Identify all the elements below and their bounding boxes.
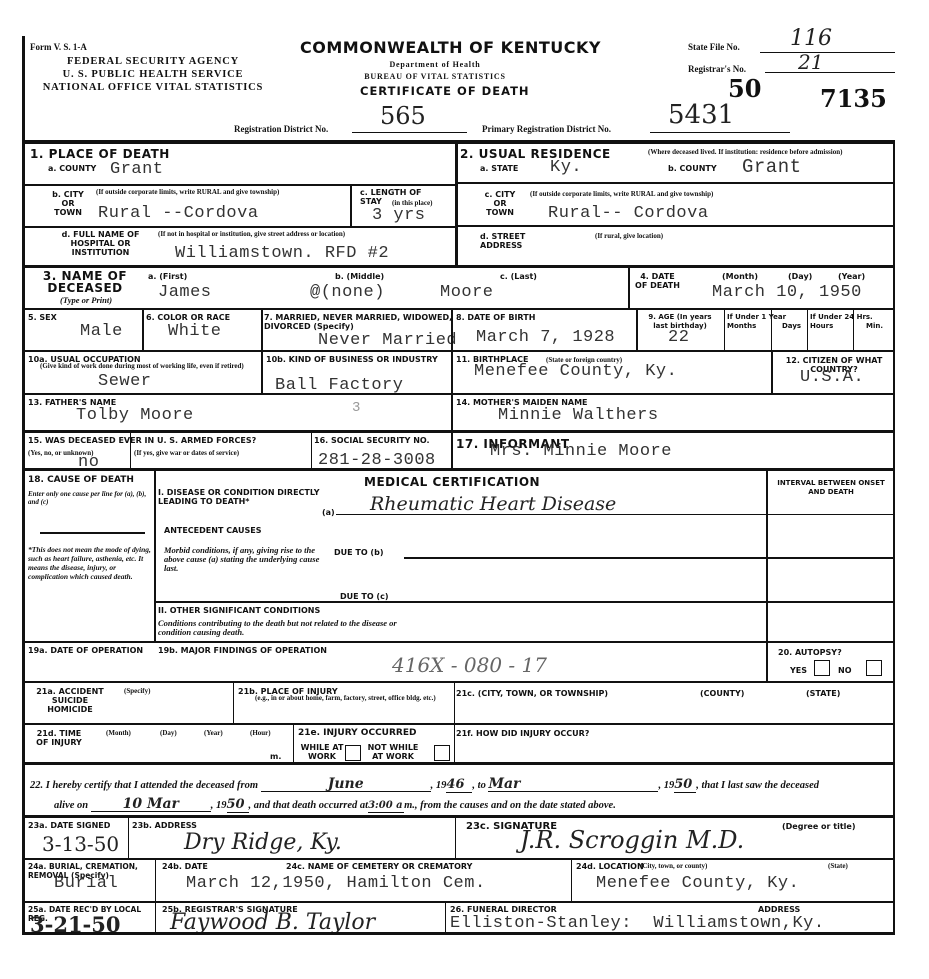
time-year-label: (Year)	[204, 729, 223, 737]
res-county-label: b. COUNTY	[668, 164, 717, 173]
divider	[445, 902, 446, 933]
birthplace-value: Menefee County, Ky.	[474, 362, 677, 381]
divider	[24, 762, 895, 765]
occupation-note: (Give kind of work done during most of w…	[40, 362, 255, 370]
antecedent-label: ANTECEDENT CAUSES	[164, 526, 262, 535]
time-m-label: m.	[270, 752, 281, 761]
divider	[451, 351, 453, 393]
not-while-at-work-label: NOT WHILE AT WORK	[362, 743, 424, 761]
physician-signature: J.R. Scroggin M.D.	[520, 826, 744, 854]
accident-specify: (Specify)	[124, 687, 150, 695]
burial-type-value: Burial	[54, 874, 118, 893]
attended-from-month: June	[261, 777, 431, 792]
armed-label: 15. WAS DECEASED EVER IN U. S. ARMED FOR…	[28, 436, 318, 445]
divider	[766, 514, 893, 515]
divider	[24, 681, 895, 683]
certificate-number: 7135	[820, 84, 887, 113]
armed-note-2: (If yes, give war or dates of service)	[134, 449, 239, 457]
cert-text: alive on	[54, 800, 88, 811]
hospital-label: d. FULL NAME OF HOSPITAL OR INSTITUTION	[48, 230, 153, 257]
occupation-value: Sewer	[98, 372, 152, 391]
death-county-value: Grant	[110, 160, 164, 179]
street-label: d. STREET ADDRESS	[480, 232, 540, 250]
attended-from-year: 46	[446, 778, 472, 793]
age-value: 22	[668, 328, 689, 347]
divider	[636, 309, 638, 351]
funeral-director-value: Elliston-Stanley: Williamstown,Ky.	[450, 914, 825, 933]
certificate-title: CERTIFICATE OF DEATH	[360, 84, 530, 98]
residence-note: (Where deceased lived. If institution: r…	[648, 148, 893, 156]
divider	[456, 182, 893, 184]
medical-cert-heading: MEDICAL CERTIFICATION	[364, 476, 540, 488]
col-divider	[455, 142, 458, 266]
res-city-note: (If outside corporate limits, write RURA…	[530, 190, 713, 198]
divider	[24, 350, 895, 352]
date-signed-value: 3-13-50	[42, 832, 119, 856]
divider	[261, 309, 263, 351]
autopsy-no-label: NO	[838, 666, 852, 675]
year-label: (Year)	[838, 272, 865, 281]
line-c	[156, 601, 893, 603]
burial-date-cemetery-value: March 12,1950, Hamilton Cem.	[186, 874, 486, 893]
father-mark: 3	[352, 400, 361, 416]
autopsy-yes-label: YES	[790, 666, 807, 675]
middle-label: b. (Middle)	[335, 272, 384, 281]
line-b	[404, 557, 893, 559]
days-label: Days	[782, 322, 801, 331]
date-signed-label: 23a. DATE SIGNED	[28, 821, 110, 830]
city-note: (If outside corporate limits, write RURA…	[96, 188, 346, 196]
registrar-no-line	[765, 60, 895, 73]
divider	[40, 532, 145, 534]
attending-certification: 22. I hereby certify that I attended the…	[30, 776, 890, 816]
cert-text: 22. I hereby certify that I attended the…	[30, 780, 258, 791]
time-month-label: (Month)	[106, 729, 131, 737]
year-code: 50	[728, 74, 761, 103]
divider	[24, 308, 895, 310]
divider	[24, 393, 895, 395]
cert-text: , to	[472, 780, 485, 791]
cert-text: , and that death occurred at	[249, 800, 369, 811]
place-of-death-heading: 1. PLACE OF DEATH	[30, 148, 170, 160]
divider	[293, 724, 294, 762]
divider	[571, 859, 572, 901]
residence-state-value: Ky.	[550, 158, 582, 177]
place-injury-note: (e.g., in or about home, farm, factory, …	[255, 694, 455, 702]
sex-label: 5. SEX	[28, 313, 57, 322]
middle-name-value: @(none)	[310, 283, 385, 302]
cemetery-label: 24c. NAME OF CEMETERY OR CREMATORY	[286, 862, 472, 871]
state-label: a. STATE	[480, 164, 518, 173]
op-findings-label: 19b. MAJOR FINDINGS OF OPERATION	[158, 646, 327, 655]
divider	[24, 815, 895, 818]
date-of-death-value: March 10, 1950	[712, 283, 862, 302]
father-value: Tolby Moore	[76, 406, 194, 425]
hospital-value: Williamstown. RFD #2	[175, 244, 389, 263]
due-c-label: DUE TO (c)	[340, 592, 388, 601]
autopsy-yes-checkbox[interactable]	[814, 660, 830, 676]
form-left-border	[22, 36, 25, 933]
name-note: (Type or Print)	[60, 296, 112, 305]
divider	[24, 226, 456, 228]
last-seen-year: 50	[227, 798, 249, 813]
citizen-value: U.S.A.	[800, 368, 864, 387]
last-name-value: Moore	[440, 283, 494, 302]
divider	[771, 351, 773, 393]
disease-label: I. DISEASE OR CONDITION DIRECTLY LEADING…	[158, 488, 343, 506]
race-label: 6. COLOR OR RACE	[146, 313, 230, 322]
cause-footnote: *This does not mean the mode of dying, s…	[28, 545, 152, 581]
injury-county-label: (COUNTY)	[700, 689, 744, 698]
last-label: c. (Last)	[500, 272, 537, 281]
form-bottom-border	[22, 932, 895, 935]
while-at-work-label: WHILE AT WORK	[300, 743, 344, 761]
degree-label: (Degree or title)	[782, 822, 855, 831]
min-label: Min.	[866, 322, 883, 331]
cert-text: , 19	[658, 780, 674, 791]
death-time: 3:00 a	[368, 800, 404, 813]
injury-city-label: 21c. (CITY, TOWN, OR TOWNSHIP)	[456, 689, 608, 698]
cause-note: Enter only one cause per line for (a), (…	[28, 490, 152, 506]
line-a-label: (a)	[322, 508, 335, 517]
op-findings-value: 416X - 080 - 17	[392, 653, 547, 677]
residence-city-value: Rural-- Cordova	[548, 204, 709, 223]
agency-line: FEDERAL SECURITY AGENCY	[28, 55, 278, 68]
location-value: Menefee County, Ky.	[596, 874, 799, 893]
address-value: Dry Ridge, Ky.	[184, 830, 342, 855]
date-of-death-label: 4. DATE OF DEATH	[635, 272, 680, 290]
autopsy-label: 20. AUTOPSY?	[778, 648, 842, 657]
marital-value: Never Married	[318, 331, 457, 350]
other-conditions-note: Conditions contributing to the death but…	[158, 619, 408, 637]
dob-value: March 7, 1928	[476, 328, 615, 347]
form-number: Form V. S. 1-A	[30, 42, 87, 52]
residence-county-value: Grant	[742, 156, 802, 178]
state-file-value: 116	[790, 26, 832, 51]
attended-to-year: 50	[674, 778, 696, 793]
divider	[771, 309, 772, 351]
death-city-value: Rural --Cordova	[98, 204, 259, 223]
divider	[233, 682, 234, 724]
divider	[22, 265, 895, 268]
divider	[24, 184, 456, 186]
divider	[853, 309, 854, 351]
header-divider	[22, 140, 895, 144]
divider	[142, 309, 144, 351]
primary-district-value: 5431	[668, 100, 734, 130]
cert-text: , 19	[211, 800, 227, 811]
divider	[454, 682, 455, 762]
location-note: (City, town, or county)	[640, 862, 707, 870]
antecedent-note: Morbid conditions, if any, giving rise t…	[164, 546, 324, 573]
occurred-label: 21e. INJURY OCCURRED	[298, 729, 416, 738]
state-file-label: State File No.	[688, 42, 740, 52]
while-at-work-checkbox[interactable]	[345, 745, 361, 761]
divider	[766, 470, 768, 642]
primary-district-label: Primary Registration District No.	[482, 124, 611, 134]
ssn-label: 16. SOCIAL SECURITY NO.	[314, 436, 449, 445]
sex-value: Male	[80, 322, 123, 341]
divider	[261, 351, 263, 393]
stay-value: 3 yrs	[372, 206, 426, 225]
op-date-label: 19a. DATE OF OPERATION	[28, 646, 150, 655]
business-label: 10b. KIND OF BUSINESS OR INDUSTRY	[266, 355, 451, 364]
divider	[24, 641, 895, 643]
registrar-no-label: Registrar's No.	[688, 64, 746, 74]
divider	[451, 432, 453, 468]
location-state-label: (State)	[828, 862, 848, 870]
divider	[155, 859, 156, 901]
divider	[451, 309, 453, 351]
divider	[24, 430, 895, 433]
last-seen-date: 10 Mar	[91, 797, 211, 812]
due-b-label: DUE TO (b)	[334, 548, 383, 557]
cert-text: , that I last saw the deceased	[696, 780, 819, 791]
divider	[154, 470, 156, 642]
time-injury-label: 21d. TIME OF INJURY	[34, 729, 84, 747]
agency-line: NATIONAL OFFICE VITAL STATISTICS	[28, 81, 278, 94]
agency-line: U. S. PUBLIC HEALTH SERVICE	[28, 68, 278, 81]
autopsy-no-checkbox[interactable]	[866, 660, 882, 676]
street-note: (If rural, give location)	[595, 232, 663, 240]
divider	[766, 642, 768, 682]
first-label: a. (First)	[148, 272, 187, 281]
how-injury-label: 21f. HOW DID INJURY OCCUR?	[456, 729, 589, 738]
divider	[807, 309, 808, 351]
attended-to-month: Mar	[488, 777, 658, 792]
cause-a-value: Rheumatic Heart Disease	[370, 493, 616, 515]
divider	[456, 225, 893, 227]
divider	[130, 432, 131, 468]
marital-label: 7. MARRIED, NEVER MARRIED, WIDOWED, DIVO…	[264, 313, 454, 331]
reg-district-label: Registration District No.	[234, 124, 328, 134]
agency-block: FEDERAL SECURITY AGENCY U. S. PUBLIC HEA…	[28, 55, 278, 94]
divider	[24, 723, 895, 725]
divider	[155, 902, 156, 933]
divider	[128, 817, 129, 859]
time-hour-label: (Hour)	[250, 729, 271, 737]
mother-value: Minnie Walthers	[498, 406, 659, 425]
dob-label: 8. DATE OF BIRTH	[456, 313, 535, 322]
city-label: b. CITY OR TOWN	[48, 190, 88, 217]
cause-label: 18. CAUSE OF DEATH	[28, 476, 134, 485]
cert-text: , 19	[431, 780, 447, 791]
divider	[628, 266, 630, 308]
race-value: White	[168, 322, 222, 341]
informant-value: Mrs. Minnie Moore	[490, 442, 672, 461]
address-label: 23b. ADDRESS	[132, 821, 197, 830]
location-label: 24d. LOCATION	[576, 862, 644, 871]
funeral-director-label: 26. FUNERAL DIRECTOR	[450, 905, 557, 914]
funeral-address-label: ADDRESS	[758, 905, 800, 914]
first-name-value: James	[158, 283, 212, 302]
burial-date-label: 24b. DATE	[162, 862, 208, 871]
divider	[724, 309, 725, 351]
divider	[350, 184, 352, 226]
interval-label: INTERVAL BETWEEN ONSET AND DEATH	[772, 479, 890, 497]
hospital-note: (If not in hospital or institution, give…	[158, 230, 448, 238]
res-city-label: c. CITY OR TOWN	[480, 190, 520, 217]
month-label: (Month)	[722, 272, 758, 281]
reg-district-value: 565	[380, 102, 426, 130]
bureau: BUREAU OF VITAL STATISTICS	[350, 72, 520, 81]
divider	[455, 817, 456, 859]
other-conditions-label: II. OTHER SIGNIFICANT CONDITIONS	[158, 606, 320, 615]
residence-heading: 2. USUAL RESIDENCE	[460, 148, 611, 160]
department: Department of Health	[360, 60, 510, 69]
divider	[311, 432, 312, 468]
time-day-label: (Day)	[160, 729, 177, 737]
not-while-at-work-checkbox[interactable]	[434, 745, 450, 761]
form-title: COMMONWEALTH OF KENTUCKY	[300, 38, 601, 57]
divider	[451, 394, 453, 431]
accident-label: 21a. ACCIDENT SUICIDE HOMICIDE	[34, 687, 106, 714]
registrar-no-value: 21	[798, 50, 823, 74]
name-label: 3. NAME OF DECEASED	[30, 270, 140, 294]
cert-text: m., from the causes and on the date stat…	[404, 800, 616, 811]
day-label: (Day)	[788, 272, 812, 281]
injury-state-label: (STATE)	[806, 689, 840, 698]
county-label: a. COUNTY	[48, 164, 96, 173]
